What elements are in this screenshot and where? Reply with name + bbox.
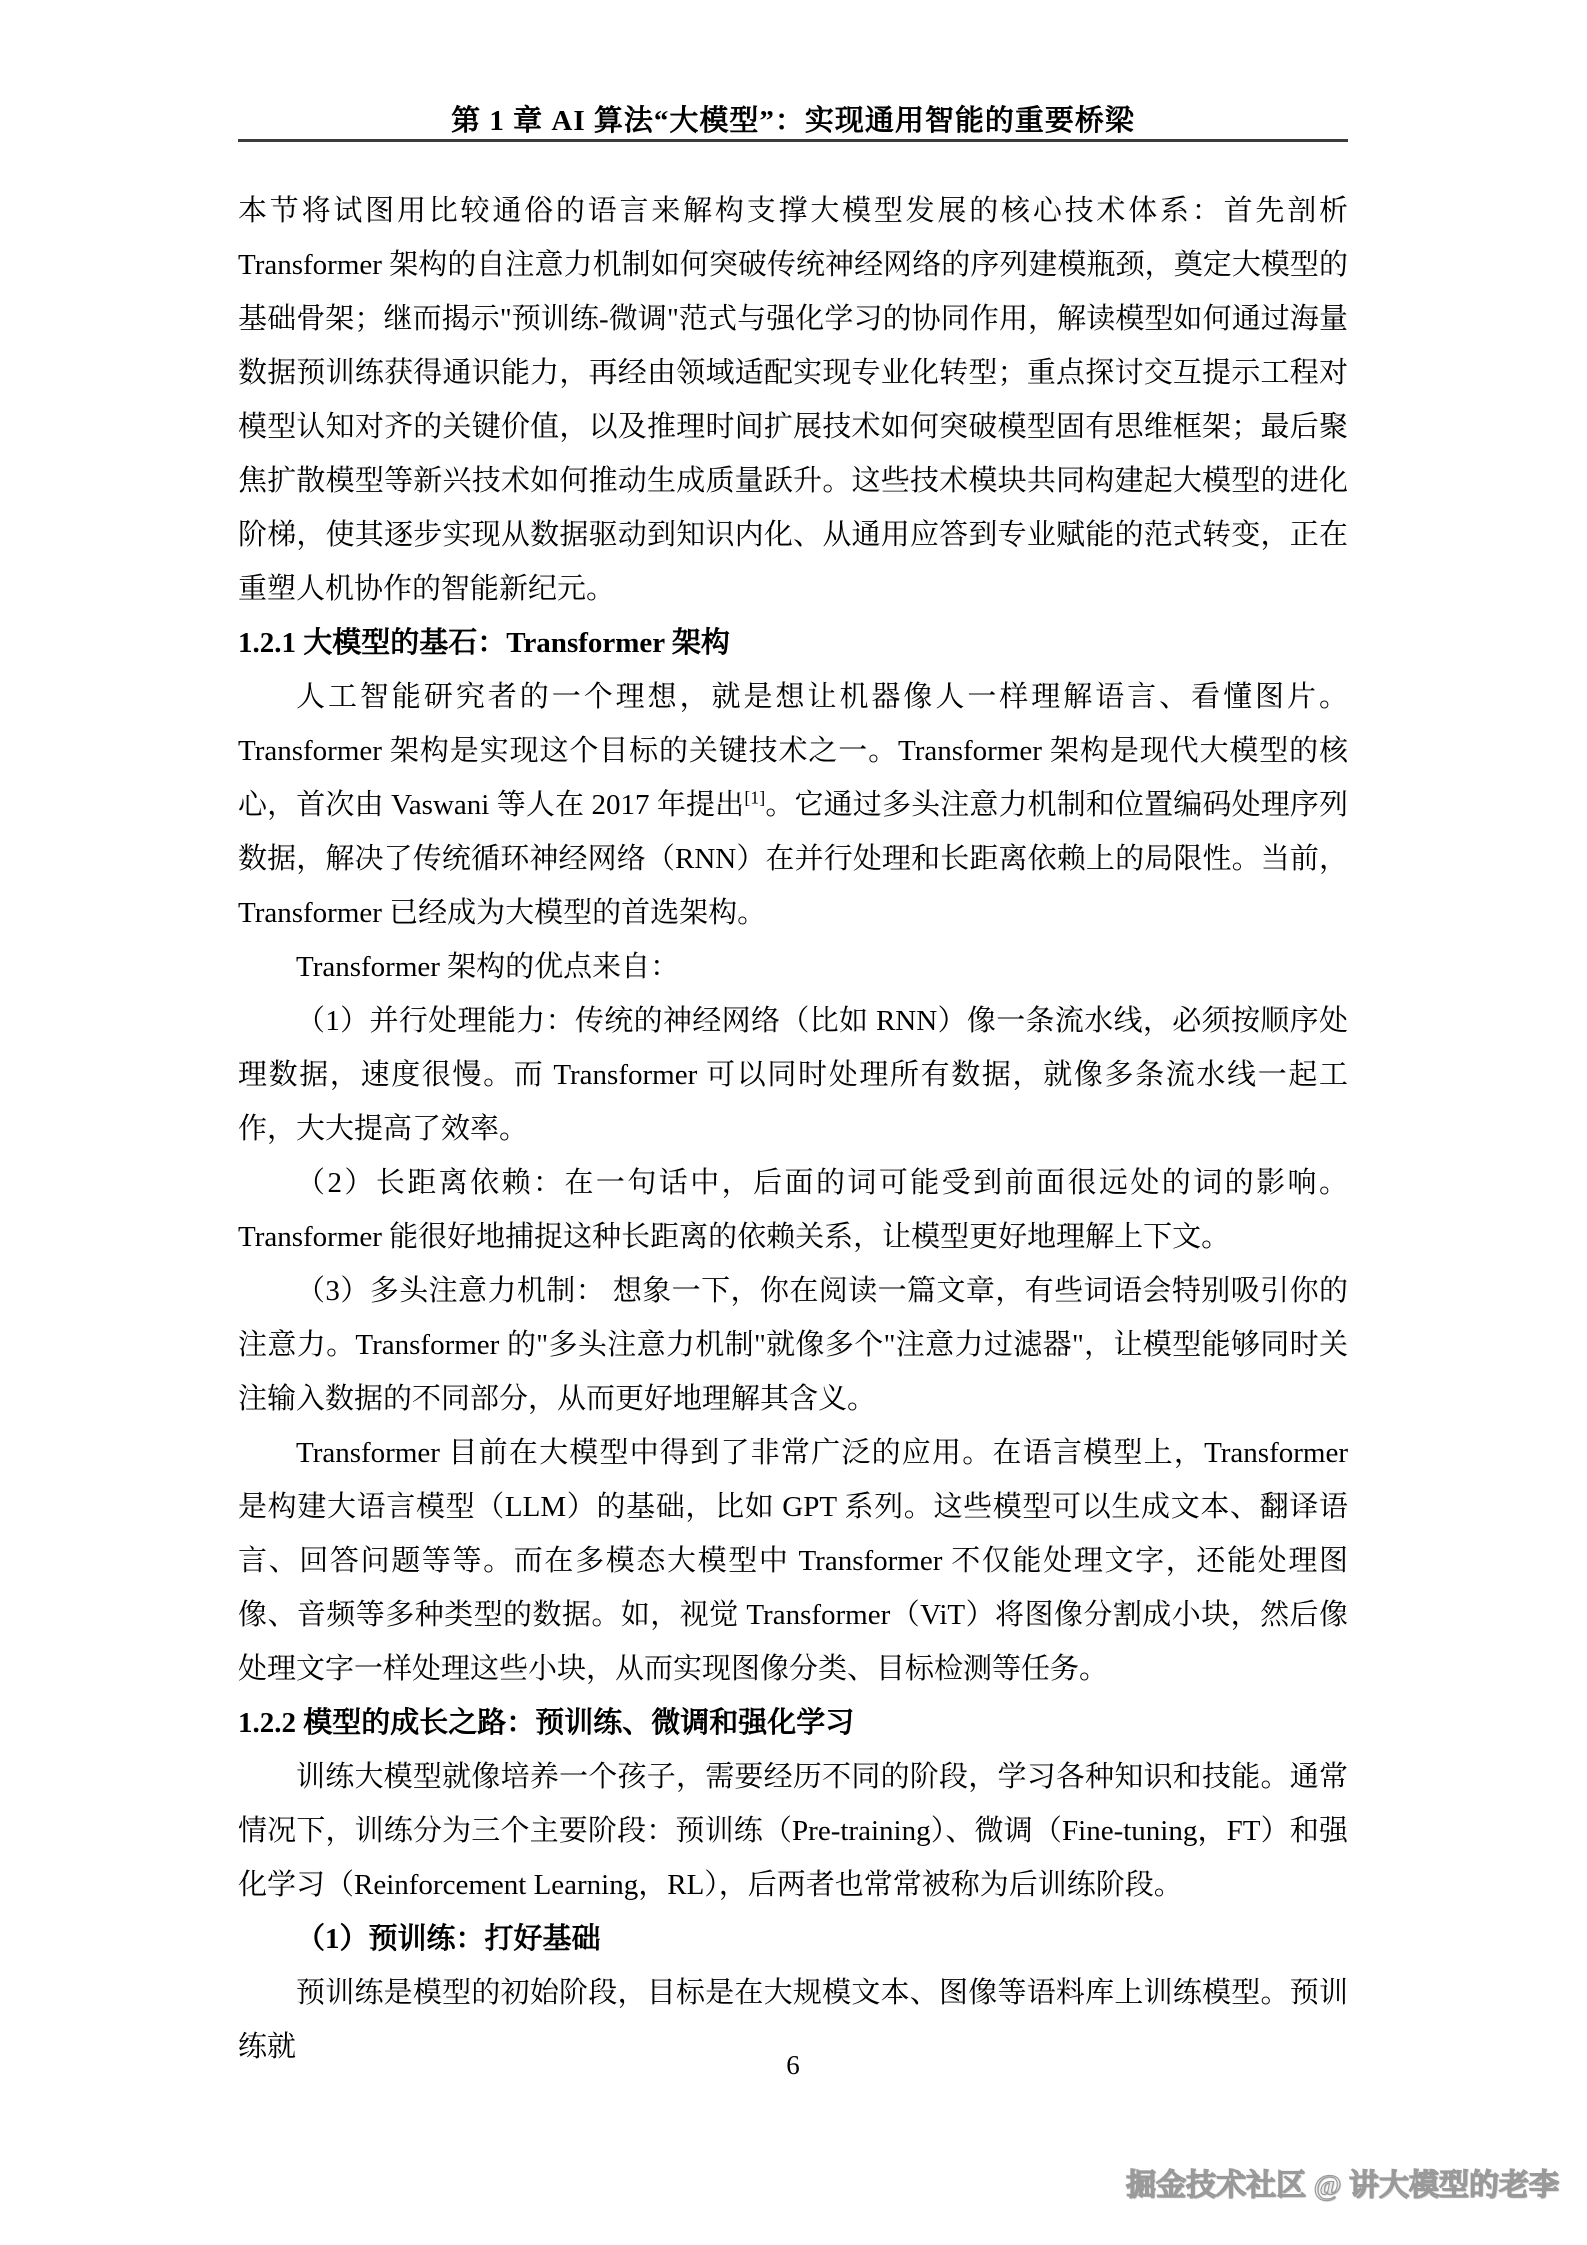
paragraph-applications: Transformer 目前在大模型中得到了非常广泛的应用。在语言模型上，Tra…	[238, 1426, 1348, 1696]
section-heading-1-2-2: 1.2.2 模型的成长之路：预训练、微调和强化学习	[238, 1696, 1348, 1750]
list-item-long-range-dependency: （2）长距离依赖：在一句话中，后面的词可能受到前面很远处的词的影响。Transf…	[238, 1156, 1348, 1264]
page-number: 6	[238, 2050, 1348, 2081]
list-item-multi-head-attention: （3）多头注意力机制： 想象一下，你在阅读一篇文章，有些词语会特别吸引你的注意力…	[238, 1264, 1348, 1426]
subheading-pretraining: （1）预训练：打好基础	[238, 1912, 1348, 1966]
list-item-parallel-processing: （1）并行处理能力：传统的神经网络（比如 RNN）像一条流水线，必须按顺序处理数…	[238, 994, 1348, 1156]
header-rule	[238, 139, 1348, 142]
document-page: 第 1 章 AI 算法“大模型”：实现通用智能的重要桥梁 本节将试图用比较通俗的…	[0, 0, 1587, 2245]
page-body: 本节将试图用比较通俗的语言来解构支撑大模型发展的核心技术体系：首先剖析 Tran…	[238, 184, 1348, 2074]
chapter-header-title: 第 1 章 AI 算法“大模型”：实现通用智能的重要桥梁	[238, 98, 1348, 139]
paragraph-transformer-origin: 人工智能研究者的一个理想，就是想让机器像人一样理解语言、看懂图片。Transfo…	[238, 670, 1348, 940]
section-heading-1-2-1: 1.2.1 大模型的基石：Transformer 架构	[238, 616, 1348, 670]
paragraph-advantages-lead: Transformer 架构的优点来自：	[238, 940, 1348, 994]
watermark: 掘金技术社区 @ 讲大模型的老李	[1126, 2160, 1559, 2204]
intro-paragraph: 本节将试图用比较通俗的语言来解构支撑大模型发展的核心技术体系：首先剖析 Tran…	[238, 184, 1348, 616]
paragraph-training-stages: 训练大模型就像培养一个孩子，需要经历不同的阶段，学习各种知识和技能。通常情况下，…	[238, 1750, 1348, 1912]
citation-marker: [1]	[744, 787, 765, 807]
